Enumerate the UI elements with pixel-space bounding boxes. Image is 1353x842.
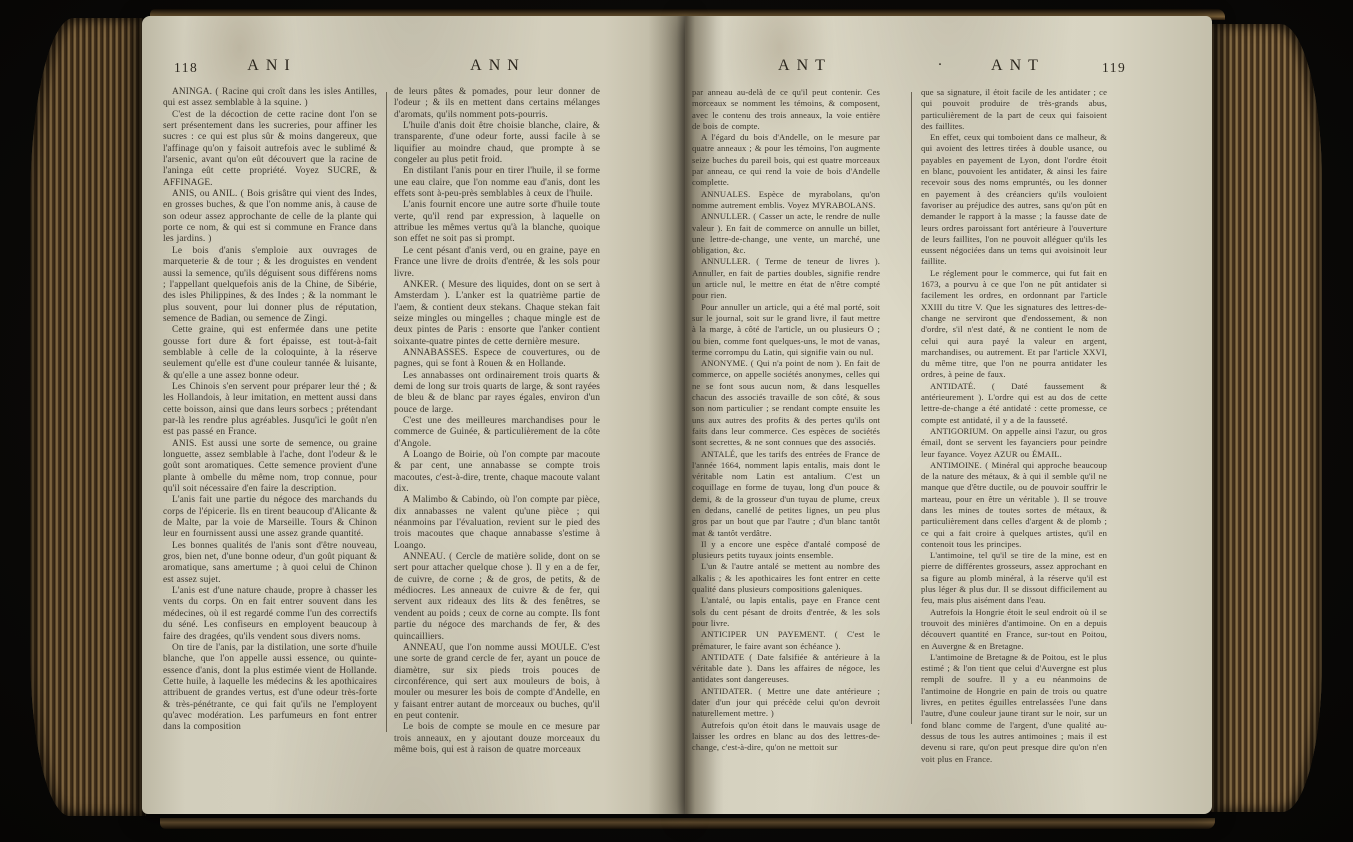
page-number-118: 118 (174, 60, 198, 76)
paragraph: ANNULLER. ( Casser un acte, le rendre de… (692, 211, 880, 256)
paragraph: ANTIGORIUM. On appelle ainsi l'azur, ou … (921, 426, 1107, 460)
paragraph: ANIS, ou ANIL. ( Bois grisâtre qui vient… (163, 189, 377, 246)
paragraph: ANTIMOINE. ( Minéral qui approche beauco… (921, 460, 1107, 550)
paragraph: ANNULLER. ( Terme de teneur de livres ).… (692, 256, 880, 301)
paragraph: ANTICIPER UN PAYEMENT. ( C'est le prémat… (692, 629, 880, 652)
paragraph: L'anis fait une partie du négoce des mar… (163, 495, 377, 540)
paragraph: Pour annuller un article, qui a été mal … (692, 302, 880, 358)
paragraph: L'anis fournit encore une autre sorte d'… (394, 200, 600, 245)
paragraph: ANKER. ( Mesure des liquides, dont on se… (394, 280, 600, 348)
paragraph: ANNEAU. ( Cercle de matière solide, dont… (394, 552, 600, 643)
paragraph: ANTIDATE ( Date falsifiée & antérieure à… (692, 652, 880, 686)
paragraph: L'antimoine de Bretagne & de Poitou, est… (921, 652, 1107, 765)
paragraph: Autrefois qu'on étoit dans le mauvais us… (692, 720, 880, 754)
paragraph: L'antalé, ou lapis entalis, paye en Fran… (692, 595, 880, 629)
paragraph: A Loango de Boirie, où l'on compte par m… (394, 450, 600, 495)
paragraph: ANTALÉ, que les tarifs des entrées de Fr… (692, 449, 880, 539)
paragraph: Le bois d'anis s'emploie aux ouvrages de… (163, 246, 377, 325)
column-divider-left-page (386, 92, 387, 732)
paragraph: En distilant l'anis pour en tirer l'huil… (394, 166, 600, 200)
paragraph: Autrefois la Hongrie étoit le seul endro… (921, 607, 1107, 652)
paragraph: par anneau au-delà de ce qu'il peut cont… (692, 87, 880, 132)
column-divider-right-page (911, 92, 912, 724)
paragraph: En effet, ceux qui tomboient dans ce mal… (921, 132, 1107, 268)
right-page-column-1: par anneau au-delà de ce qu'il peut cont… (692, 87, 880, 754)
paragraph: C'est une des meilleures marchandises po… (394, 416, 600, 450)
paragraph: Les Chinois s'en servent pour préparer l… (163, 382, 377, 439)
paragraph: Les annabasses ont ordinairement trois q… (394, 371, 600, 416)
book-fore-edge-right (1210, 24, 1322, 812)
paragraph: Cette graine, qui est enfermée dans une … (163, 325, 377, 382)
paragraph: ANINGA. ( Racine qui croît dans les isle… (163, 87, 377, 110)
paragraph: On tire de l'anis, par la distilation, u… (163, 643, 377, 734)
paragraph: L'anis est d'une nature chaude, propre à… (163, 586, 377, 643)
paragraph: ANTIDATÉ. ( Daté faussement & antérieure… (921, 381, 1107, 426)
page-number-119: 119 (1102, 60, 1126, 76)
paragraph: A l'égard du bois d'Andelle, on le mesur… (692, 132, 880, 188)
paragraph: A Malimbo & Cabindo, où l'on compte par … (394, 495, 600, 552)
paragraph: Le cent pésant d'anis verd, ou en graine… (394, 246, 600, 280)
paragraph: ANONYME. ( Qui n'a point de nom ). En fa… (692, 358, 880, 448)
book-spread: 118 ANI ANN ANT · ANT 119 ANINGA. ( Raci… (0, 0, 1353, 842)
paragraph: ANNUALES. Espèce de myrabolans, qu'on no… (692, 189, 880, 212)
paragraph: ANTIDATER. ( Mettre une date antérieure … (692, 686, 880, 720)
paragraph: Le bois de compte se moule en ce mesure … (394, 722, 600, 756)
paragraph: C'est de la décoction de cette racine do… (163, 110, 377, 189)
left-page-column-1: ANINGA. ( Racine qui croît dans les isle… (163, 87, 377, 734)
paragraph: L'huile d'anis doit être choisie blanche… (394, 121, 600, 166)
right-page-column-2: que sa signature, il étoit facile de les… (921, 87, 1107, 765)
paragraph: Les bonnes qualités de l'anis sont d'êtr… (163, 541, 377, 586)
book-bottom-edge (160, 818, 1215, 829)
paragraph: que sa signature, il étoit facile de les… (921, 87, 1107, 132)
paragraph: L'antimoine, tel qu'il se tire de la min… (921, 550, 1107, 606)
running-head-ant-1: ANT (740, 57, 870, 75)
paragraph: ANNABASSES. Espece de couvertures, ou de… (394, 348, 600, 371)
paragraph: Le réglement pour le commerce, qui fut f… (921, 268, 1107, 381)
paragraph: ANIS. Est aussi une sorte de semence, ou… (163, 439, 377, 496)
paragraph: de leurs pâtes & pomades, pour leur donn… (394, 87, 600, 121)
left-page-column-2: de leurs pâtes & pomades, pour leur donn… (394, 87, 600, 756)
running-head-ann: ANN (433, 57, 563, 75)
paragraph: Il y a encore une espèce d'antalé compos… (692, 539, 880, 562)
paragraph: L'un & l'autre antalé se mettent au nomb… (692, 561, 880, 595)
running-head-ani: ANI (207, 57, 337, 75)
running-head-ant-2: ANT (953, 57, 1083, 75)
book-fore-edge-left (30, 18, 146, 816)
paragraph: ANNEAU, que l'on nomme aussi MOULE. C'es… (394, 643, 600, 722)
